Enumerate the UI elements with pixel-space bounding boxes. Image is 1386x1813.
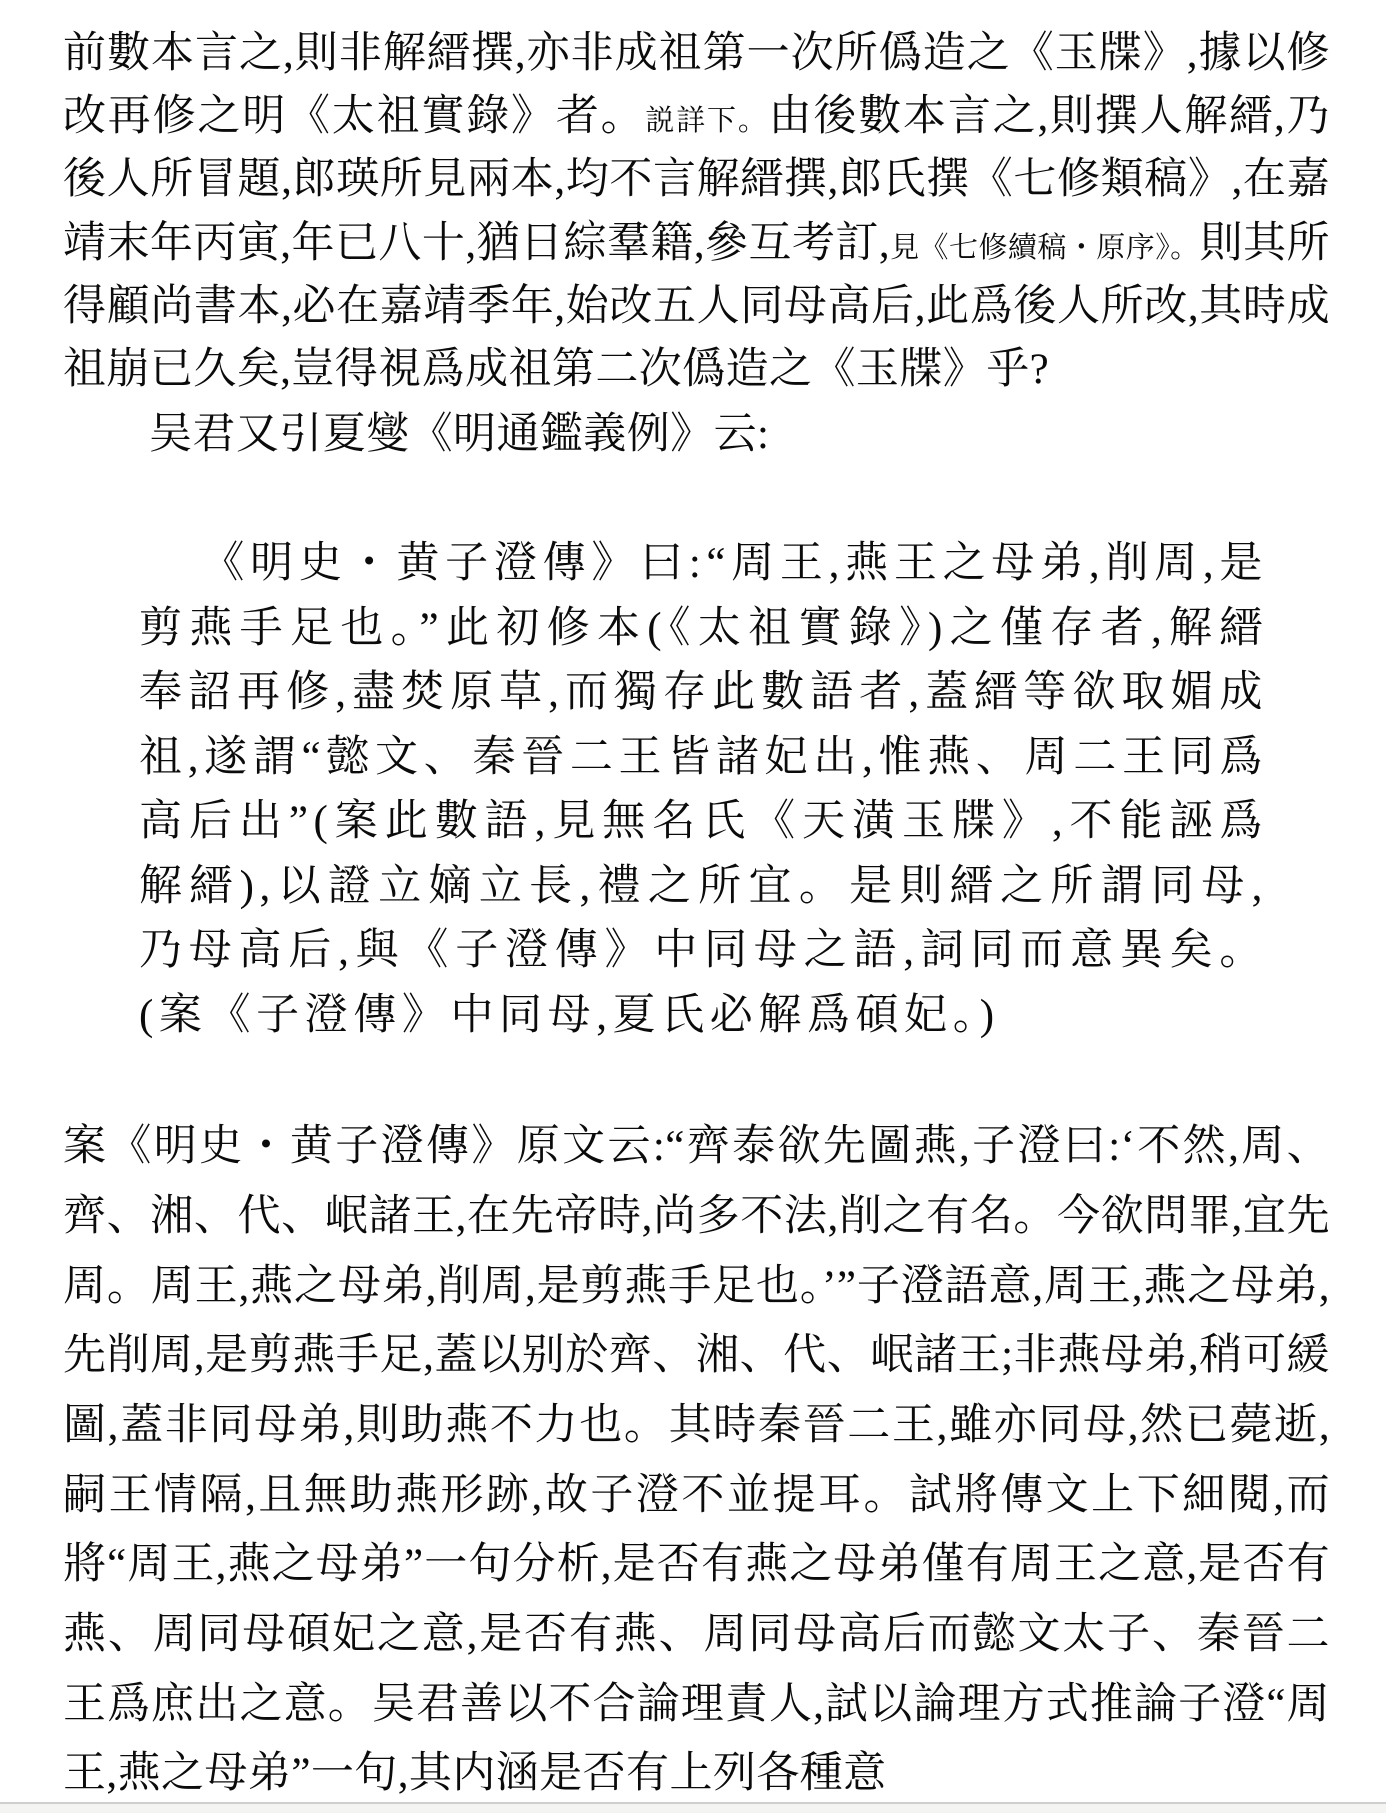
page-bottom-scan-edge bbox=[0, 1802, 1386, 1813]
paragraph-opening: 前數本言之,則非解縉撰,亦非成祖第一次所僞造之《玉牒》,據以修改再修之明《太祖實… bbox=[63, 22, 1330, 401]
interlinear-note-2: 見《七修續稿・原序》。 bbox=[890, 232, 1200, 264]
paragraph-quote-intro: 吴君又引夏燮《明通鑑義例》云: bbox=[63, 403, 1330, 466]
interlinear-note-1: 説詳下。 bbox=[645, 105, 768, 137]
document-page: 前數本言之,則非解縉撰,亦非成祖第一次所僞造之《玉牒》,據以修改再修之明《太祖實… bbox=[0, 0, 1386, 1809]
paragraph-commentary: 案《明史・黄子澄傳》原文云:“齊泰欲先圖燕,子澄曰:‘不然,周、齊、湘、代、岷諸… bbox=[63, 1112, 1330, 1809]
block-quote: 《明史・黄子澄傳》曰:“周王,燕王之母弟,削周,是剪燕手足也。”此初修本(《太祖… bbox=[139, 532, 1268, 1048]
